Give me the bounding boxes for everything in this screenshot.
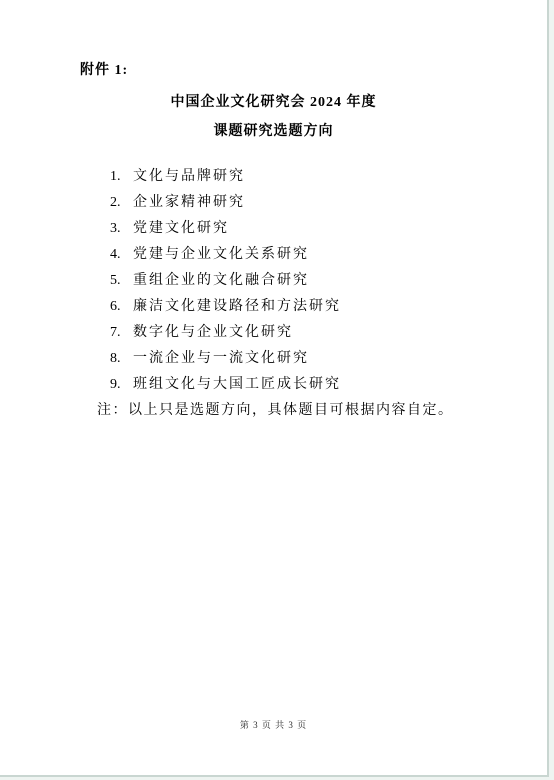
topic-text: 党建文化研究 [133,221,229,236]
topic-item: 1.文化与品牌研究 [110,164,341,190]
topic-text: 班组文化与大国工匠成长研究 [133,377,341,392]
topic-text: 一流企业与一流文化研究 [133,351,309,366]
topic-number: 5. [110,268,133,294]
topic-item: 2.企业家精神研究 [110,190,341,216]
page-number-footer: 第 3 页 共 3 页 [0,719,547,732]
topic-item: 3.党建文化研究 [110,216,341,242]
topic-number: 8. [110,346,133,372]
topic-item: 9.班组文化与大国工匠成长研究 [110,372,341,398]
topic-text: 廉洁文化建设路径和方法研究 [133,299,341,314]
topic-number: 2. [110,190,133,216]
document-title-line-2: 课题研究选题方向 [0,123,547,141]
topic-item: 5.重组企业的文化融合研究 [110,268,341,294]
topic-number: 4. [110,242,133,268]
topic-number: 1. [110,164,133,190]
topic-item: 8.一流企业与一流文化研究 [110,346,341,372]
topic-text: 重组企业的文化融合研究 [133,273,309,288]
topic-text: 党建与企业文化关系研究 [133,247,309,262]
topic-text: 企业家精神研究 [133,195,245,210]
topic-number: 6. [110,294,133,320]
document-title-line-1: 中国企业文化研究会 2024 年度 [0,94,547,112]
document-page: 附件 1: 中国企业文化研究会 2024 年度 课题研究选题方向 1.文化与品牌… [0,0,549,777]
attachment-label: 附件 1: [80,62,128,80]
topic-item: 4.党建与企业文化关系研究 [110,242,341,268]
note-line: 注：以上只是选题方向，具体题目可根据内容自定。 [97,398,454,424]
topic-number: 7. [110,320,133,346]
topic-text: 文化与品牌研究 [133,169,245,184]
topic-number: 3. [110,216,133,242]
topic-text: 数字化与企业文化研究 [133,325,293,340]
topic-item: 7.数字化与企业文化研究 [110,320,341,346]
topic-number: 9. [110,372,133,398]
topic-list: 1.文化与品牌研究 2.企业家精神研究 3.党建文化研究 4.党建与企业文化关系… [110,164,341,398]
topic-item: 6.廉洁文化建设路径和方法研究 [110,294,341,320]
